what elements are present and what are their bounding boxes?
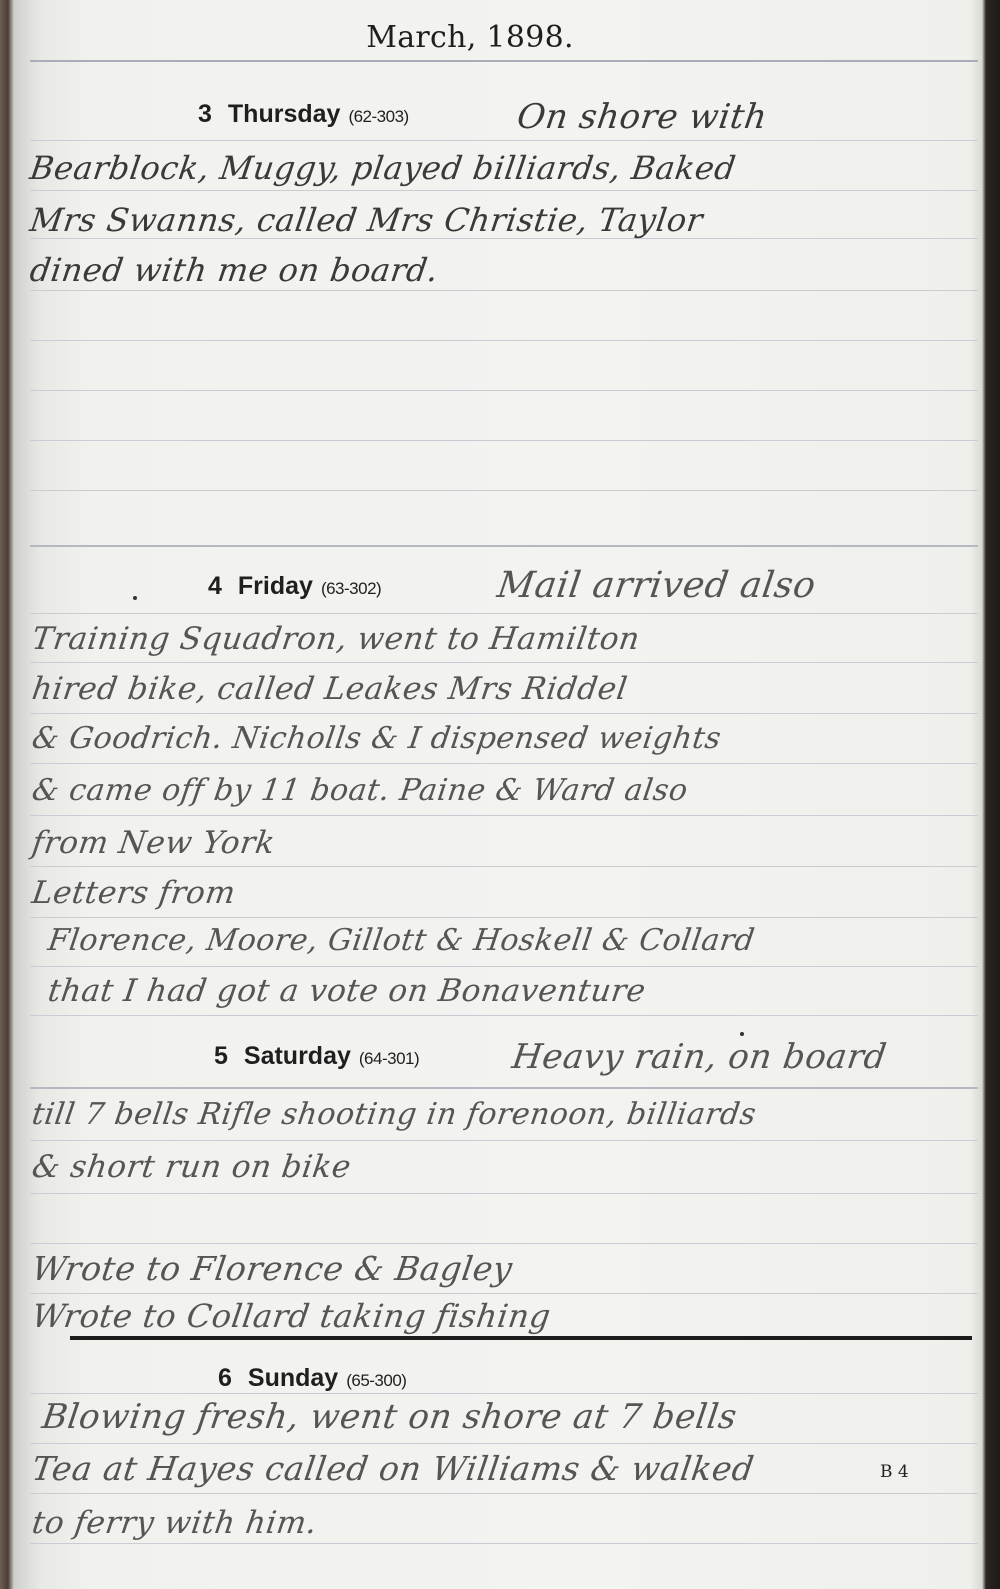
day-name: Thursday — [228, 100, 341, 128]
handwritten-entry-line: Wrote to Collard taking fishing — [30, 1300, 553, 1332]
handwritten-entry-line: hired bike, called Leakes Mrs Riddel — [30, 674, 629, 705]
week-end-divider — [70, 1336, 972, 1340]
day-divider — [30, 1087, 978, 1089]
handwritten-entry-line: Letters from — [30, 878, 237, 909]
handwritten-entry-line: Bearblock, Muggy, played billiards, Bake… — [28, 152, 738, 184]
handwritten-entry-line: Mail arrived also — [495, 568, 818, 604]
handwritten-entry-line: Florence, Moore, Gillott & Hoskell & Col… — [46, 926, 757, 956]
day-name: Sunday — [248, 1364, 338, 1392]
ruled-line — [30, 763, 978, 764]
diary-page: March, 1898. 3Thursday(62-303) On shore … — [0, 0, 1000, 1589]
ruled-line — [30, 1393, 978, 1394]
handwritten-entry-line: Wrote to Florence & Bagley — [30, 1252, 515, 1285]
day-divider — [30, 545, 978, 547]
ruled-line — [30, 917, 978, 918]
handwritten-entry-line: & came off by 11 boat. Paine & Ward also — [30, 776, 690, 806]
handwritten-entry-line: Blowing fresh, went on shore at 7 bells — [40, 1400, 739, 1434]
day-heading-sunday: 6Sunday(65-300) — [218, 1364, 406, 1393]
ruled-line — [30, 1243, 978, 1244]
month-header: March, 1898. — [0, 20, 940, 55]
ruled-line — [30, 340, 978, 341]
ruled-line — [30, 1293, 978, 1294]
day-heading-friday: 4Friday(63-302) — [208, 572, 381, 601]
day-count: (65-300) — [346, 1371, 406, 1390]
ruled-line — [30, 1193, 978, 1194]
page-reference: B 4 — [880, 1462, 909, 1482]
day-name: Saturday — [244, 1042, 351, 1070]
handwritten-entry-line: that I had got a vote on Bonaventure — [46, 976, 648, 1007]
handwritten-entry-line: Training Squadron, went to Hamilton — [30, 624, 642, 655]
handwritten-entry-line: till 7 bells Rifle shooting in forenoon,… — [30, 1100, 758, 1130]
header-rule — [30, 60, 978, 62]
handwritten-entry-line: dined with me on board. — [28, 254, 440, 286]
day-count: (63-302) — [321, 579, 381, 598]
day-number: 5 — [214, 1042, 228, 1070]
ruled-line — [30, 966, 978, 967]
ruled-line — [30, 1443, 978, 1444]
ruled-line — [30, 1015, 978, 1016]
handwritten-entry-line: Heavy rain, on board — [510, 1040, 889, 1074]
day-number: 4 — [208, 572, 222, 600]
day-name: Friday — [238, 572, 313, 600]
handwritten-entry-line: from New York — [30, 828, 277, 859]
day-number: 3 — [198, 100, 212, 128]
ruled-line — [30, 866, 978, 867]
ink-dot — [740, 1032, 744, 1036]
ruled-line — [30, 140, 978, 141]
ruled-line — [30, 815, 978, 816]
day-number: 6 — [218, 1364, 232, 1392]
handwritten-entry-line: & Goodrich. Nicholls & I dispensed weigh… — [30, 724, 723, 754]
ruled-line — [30, 1493, 978, 1494]
ink-dot — [133, 596, 137, 600]
day-heading-thursday: 3Thursday(62-303) — [198, 100, 409, 129]
ruled-line — [30, 190, 978, 191]
day-count: (64-301) — [359, 1049, 419, 1068]
ruled-line — [30, 290, 978, 291]
ruled-line — [30, 662, 978, 663]
ruled-line — [30, 440, 978, 441]
ruled-line — [30, 1543, 978, 1544]
handwritten-entry-line: On shore with — [515, 100, 769, 134]
handwritten-entry-line: Tea at Hayes called on Williams & walked — [30, 1452, 756, 1485]
handwritten-entry-line: & short run on bike — [30, 1152, 353, 1183]
day-count: (62-303) — [348, 107, 408, 126]
handwritten-entry-line: Mrs Swanns, called Mrs Christie, Taylor — [28, 204, 705, 236]
ruled-line — [30, 490, 978, 491]
day-heading-saturday: 5Saturday(64-301) — [214, 1042, 419, 1071]
ruled-line — [30, 1140, 978, 1141]
ruled-line — [30, 613, 978, 614]
ruled-line — [30, 713, 978, 714]
handwritten-entry-line: to ferry with him. — [30, 1508, 319, 1539]
ruled-line — [30, 390, 978, 391]
